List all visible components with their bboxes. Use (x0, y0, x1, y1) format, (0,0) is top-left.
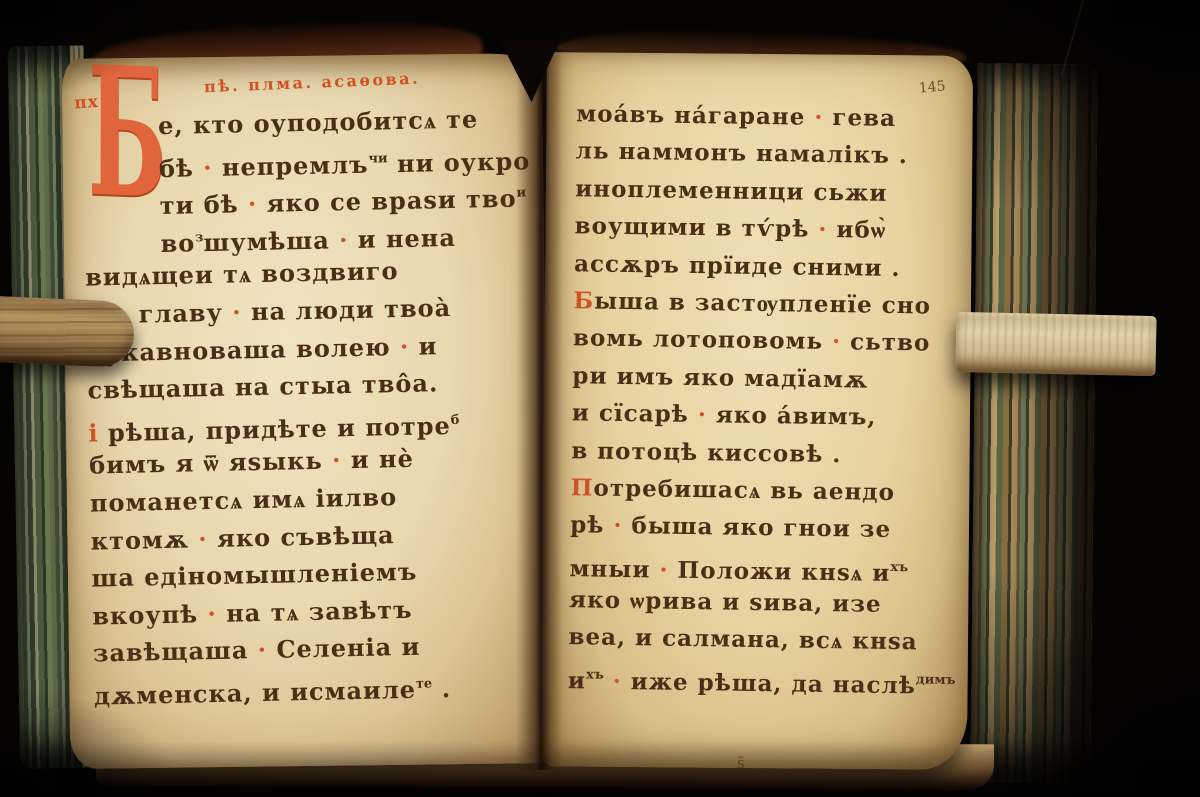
manuscript-line: иноплеменници сьжи (575, 170, 962, 213)
manuscript-line: мныи · Положи кнѕѧ ихъ (569, 544, 956, 587)
manuscript-line: ихъ · иже рѣша, да наслѣдимъ (568, 656, 955, 699)
ink-segment: иже рѣша, да наслѣ (631, 668, 917, 699)
ink-segment: гева (823, 104, 896, 132)
ink-segment: быша яко гнои зе (622, 512, 891, 543)
manuscript-line: яко ѡрива и ѕива, изе (569, 581, 956, 624)
rubric-segment: Б (573, 287, 594, 314)
ink-segment: ктомѫ (90, 524, 198, 555)
ink-segment: яко а́вимъ, (707, 401, 877, 431)
ink-segment: и сїсарѣ (572, 399, 698, 428)
manuscript-line: воущими в тѵ́рѣ · ибѡ̀ (574, 207, 961, 250)
rubric-segment: і (88, 418, 108, 447)
gutter-shadow (516, 46, 562, 770)
right-page-text: моа́въ на́гаране · геваль наммонъ намалі… (568, 95, 963, 699)
ink-segment: ни оукро (387, 146, 530, 178)
ink-segment: ибѡ̀ (827, 216, 886, 244)
ink-segment: ти бѣ (159, 189, 248, 220)
ink-segment: завѣщаша (93, 635, 258, 667)
manuscript-line: Быша в застѹпленїе сно (573, 282, 960, 325)
ink-segment: шумѣша (203, 225, 339, 257)
manuscript-line: ассѫръ прїиде сними . (574, 245, 961, 288)
ink-segment: на люди твоа̀ (241, 293, 451, 326)
wooden-toggle-left (0, 296, 135, 368)
ink-segment: бѣ (159, 153, 204, 183)
ink-segment: на тѧ завѣтъ (217, 595, 413, 628)
ink-segment: хъ (890, 560, 908, 575)
ink-segment: во (160, 228, 195, 258)
ink-segment: непремлъ (212, 149, 369, 181)
ink-segment: яко се враѕи тво (257, 184, 517, 218)
ink-segment: рѣ (570, 511, 614, 539)
manuscript-line: дѫменска, и исмаилете . (93, 663, 540, 710)
ink-segment: ль наммонъ намалікъ . (576, 138, 909, 170)
ink-segment: отребишасѧ вь аендо (593, 474, 895, 505)
ink-segment: яко съвѣща (207, 520, 394, 553)
ink-segment: дѫменска, и исмаиле (94, 675, 417, 711)
left-page-text: е, кто оуподобитсѧ тебѣ · непремлъчи ни … (82, 99, 540, 710)
rubric-segment: · (603, 668, 630, 695)
ink-segment: веа, и салмана, всѧ кнѕа (568, 624, 918, 656)
manuscript-line: ри имъ яко мадїамѫ (572, 357, 959, 400)
ink-segment: моа́въ на́гаране (576, 100, 814, 131)
wooden-stick-right (955, 312, 1156, 376)
manuscript-line: и сїсарѣ · яко а́вимъ, (572, 394, 959, 437)
ink-segment: ассѫръ прїиде сними . (574, 250, 901, 282)
ink-segment: в потоцѣ киссовѣ . (571, 437, 841, 468)
ink-segment: мныи (569, 555, 659, 583)
ink-segment: б (450, 413, 459, 428)
ink-segment: з (195, 230, 204, 245)
ink-segment: свѣщаша на стыа тво̂а. (87, 368, 438, 404)
ink-segment: те (416, 676, 433, 691)
ink-segment: . (432, 674, 451, 703)
ink-segment: вкоупѣ (92, 599, 208, 630)
quire-mark: ѕ̃ (737, 754, 745, 772)
rubric-segment: · (698, 401, 707, 428)
manuscript-line: вомь лотоповомь · сьтво (573, 320, 960, 363)
manuscript-line: ль наммонъ намалікъ . (575, 133, 962, 176)
psalm-header: пѣ. плма. асаѳова. (204, 69, 421, 97)
ink-segment: поманетсѧ имѧ іилво (90, 482, 398, 517)
ink-segment: Положи кнѕѧ и (668, 556, 890, 586)
rubric-segment: П (571, 474, 594, 501)
right-page: 145 моа́въ на́гаране · геваль наммонъ на… (541, 52, 973, 770)
rubric-segment: · (818, 216, 827, 243)
ink-segment: хъ (586, 667, 604, 682)
ink-segment: воущими в тѵ́рѣ (574, 212, 818, 243)
ink-segment: и (409, 331, 438, 361)
manuscript-line: рѣ · быша яко гнои зе (570, 506, 957, 549)
manuscript-line: моа́въ на́гаране · гева (576, 95, 963, 138)
manuscript-line: веа, и салмана, всѧ кнѕа (568, 619, 955, 662)
ink-segment: и нѐ (341, 444, 414, 475)
ink-segment: и нена (348, 223, 456, 254)
rubric-segment: · (659, 556, 668, 583)
left-page: пх пѣ. плма. асаѳова. Б е, кто оуподобит… (62, 53, 551, 769)
ink-segment: видѧщеи тѧ воздвиго (85, 256, 399, 292)
folio-number: 145 (918, 78, 946, 96)
ink-segment: бимъ я ѿ яѕыкь (89, 446, 333, 480)
ink-segment: иноплеменници сьжи (575, 175, 888, 207)
manuscript-line: в потоцѣ киссовѣ . (571, 432, 958, 475)
ink-segment: чи (368, 151, 387, 166)
ink-segment: е, кто оуподобитсѧ те (158, 104, 479, 140)
ink-segment: ри имъ яко мадїамѫ (572, 362, 868, 393)
ink-segment: яко ѡрива и ѕива, изе (569, 586, 882, 618)
ink-segment: вомь лотоповомь (573, 325, 833, 356)
ink-segment: и (568, 667, 586, 694)
ink-segment: димъ (916, 672, 956, 688)
manuscript-line: Потребишасѧ вь аендо (570, 469, 957, 512)
photo-open-manuscript: пх пѣ. плма. асаѳова. Б е, кто оуподобит… (0, 0, 1200, 797)
ink-segment: ша едіномышленіемъ (91, 557, 417, 593)
ink-segment: Селеніа и (267, 632, 421, 664)
ink-segment: сьтво (841, 329, 931, 357)
book-fore-edge-right (970, 63, 1098, 782)
ink-segment: ыша в застѹпленїе сно (594, 287, 931, 319)
